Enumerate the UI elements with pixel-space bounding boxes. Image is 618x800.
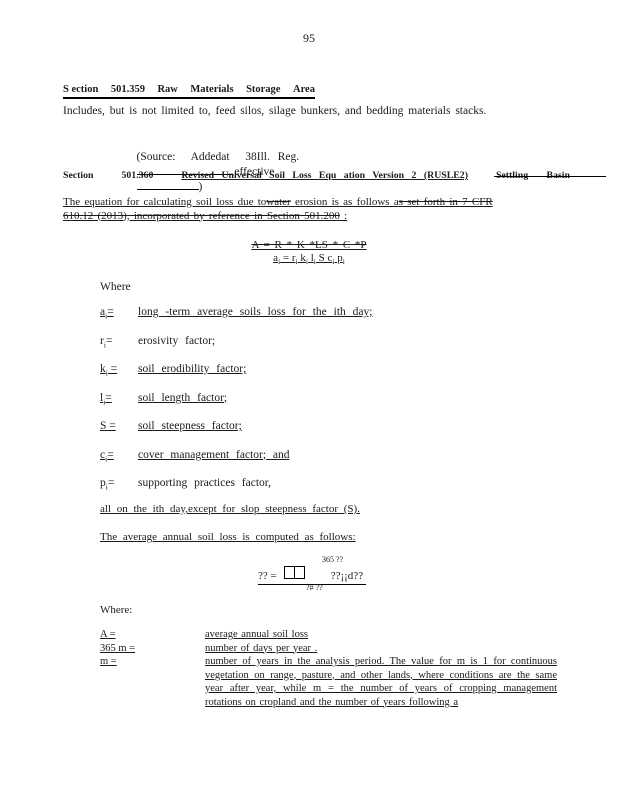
definition-row: pi=supporting practices factor,: [100, 477, 372, 490]
definition-term: pi=: [100, 477, 138, 489]
definition-row: ri=erosivity factor;: [100, 335, 372, 348]
section-359-heading: S ection 501.359 Raw Materials Storage A…: [63, 84, 315, 99]
eq-term: p: [334, 252, 342, 264]
definition-text: soil steepness factor;: [138, 420, 242, 432]
source-close: ): [199, 181, 203, 193]
heading-word: Area: [293, 84, 315, 95]
eq-sub: i: [343, 257, 345, 266]
term-equals: =: [107, 306, 114, 318]
definition-term: ki =: [100, 363, 138, 375]
paragraph-line: The equation for calculating soil loss d…: [63, 196, 569, 210]
text-struck: water: [266, 196, 290, 208]
variable-definition: average annual soil loss: [205, 628, 557, 642]
heading-word: Storage: [246, 84, 280, 95]
table-row: m =number of years in the analysis perio…: [100, 655, 557, 709]
eq-term: k: [298, 252, 306, 264]
equation-paragraph: The equation for calculating soil loss d…: [63, 196, 569, 223]
paragraph-line: 610.12 (2013), incorporated by reference…: [63, 210, 569, 224]
definition-text: soil erodibility factor;: [138, 363, 246, 375]
definition-text: cover management factor; and: [138, 449, 290, 461]
variable-term: 365 m =: [100, 642, 205, 656]
table-row: 365 m =number of days per year .: [100, 642, 557, 656]
source-prefix: (Source: Addedat 38Ill. Reg.: [137, 151, 300, 163]
heading-word: S ection: [63, 84, 98, 95]
equation-struck: A = R * K *LS * C *P: [0, 239, 618, 251]
summation-rhs: ??¡¡d??: [331, 570, 363, 582]
heading-word: 501.359: [111, 84, 145, 95]
summation-formula: 365 ?? ?? =??¡¡d?? ?# ??: [258, 566, 366, 585]
definition-term: li=: [100, 392, 138, 404]
page-number: 95: [0, 31, 618, 46]
variables-table: A =average annual soil loss 365 m =numbe…: [100, 628, 557, 709]
variable-term: A =: [100, 628, 205, 642]
where-label: Where: [100, 281, 131, 293]
summation-lower-limit: ?# ??: [306, 583, 323, 592]
variable-term: m =: [100, 655, 205, 709]
definition-term: ci=: [100, 449, 138, 461]
definition-term: S =: [100, 420, 138, 432]
definition-row: li=soil length factor;: [100, 392, 372, 405]
definition-text: erosivity factor;: [138, 335, 215, 347]
section-360-heading: Section 501.360 Revised Universal Soil L…: [63, 170, 570, 181]
eq-term: = r: [280, 252, 295, 264]
section-359-body: Includes, but is not limited to, feed si…: [63, 105, 486, 117]
ith-day-note: all on the ith day,except for slop steep…: [100, 503, 360, 515]
text-underlined: The equation for calculating soil loss d…: [63, 196, 266, 208]
equation-subscripted: ai = ri ki li S ci pi: [0, 252, 618, 264]
term-equals: =: [108, 477, 115, 489]
heading-label: Section: [63, 170, 93, 181]
term-equals: =: [108, 363, 117, 375]
variable-definition: number of days per year .: [205, 642, 557, 656]
term-equals: =: [106, 335, 113, 347]
equation-subscripted-text: ai = ri ki li S ci pi: [273, 252, 345, 264]
heading-word: Materials: [190, 84, 233, 95]
heading-number: 501.360: [122, 170, 154, 181]
equation-struck-text: A = R * K *LS * C *P: [251, 239, 366, 251]
document-page: 95 S ection 501.359 Raw Materials Storag…: [0, 0, 618, 800]
definition-row: S =soil steepness factor;: [100, 420, 372, 433]
average-soil-loss-intro: The average annual soil loss is computed…: [100, 531, 356, 543]
table-row: A =average annual soil loss: [100, 628, 557, 642]
missing-glyph-box-icon: [284, 566, 305, 579]
text-struck: 610.12 (2013), incorporated by reference…: [63, 210, 340, 222]
where-label-bottom: Where:: [100, 604, 132, 616]
summation-upper-limit: 365 ??: [322, 555, 343, 564]
text-underlined: erosion is as follows a: [291, 196, 399, 208]
heading-title-underlined: Revised Universal Soil Loss Equ ation Ve…: [181, 170, 468, 181]
definition-row: ai=long -term average soils loss for the…: [100, 306, 372, 319]
definitions-list: ai=long -term average soils loss for the…: [100, 306, 372, 506]
text-underlined: :: [340, 210, 347, 222]
variable-definition: number of years in the analysis period. …: [205, 655, 557, 709]
eq-term: S c: [316, 252, 333, 264]
definition-term: ri=: [100, 335, 138, 347]
term-equals: =: [107, 449, 114, 461]
heading-struck-text: Settling Basin: [496, 170, 570, 181]
definition-text: supporting practices factor,: [138, 477, 271, 489]
term-equals: =: [105, 392, 112, 404]
definition-row: ki =soil erodibility factor;: [100, 363, 372, 376]
heading-word: Raw: [157, 84, 177, 95]
text-struck: s set forth in 7 CFR: [399, 196, 493, 208]
term-equals: =: [106, 420, 115, 432]
definition-row: ci=cover management factor; and: [100, 449, 372, 462]
summation-lhs: ?? =: [258, 570, 277, 582]
definition-term: ai=: [100, 306, 138, 318]
definition-text: long -term average soils loss for the it…: [138, 306, 372, 318]
definition-text: soil length factor;: [138, 392, 227, 404]
